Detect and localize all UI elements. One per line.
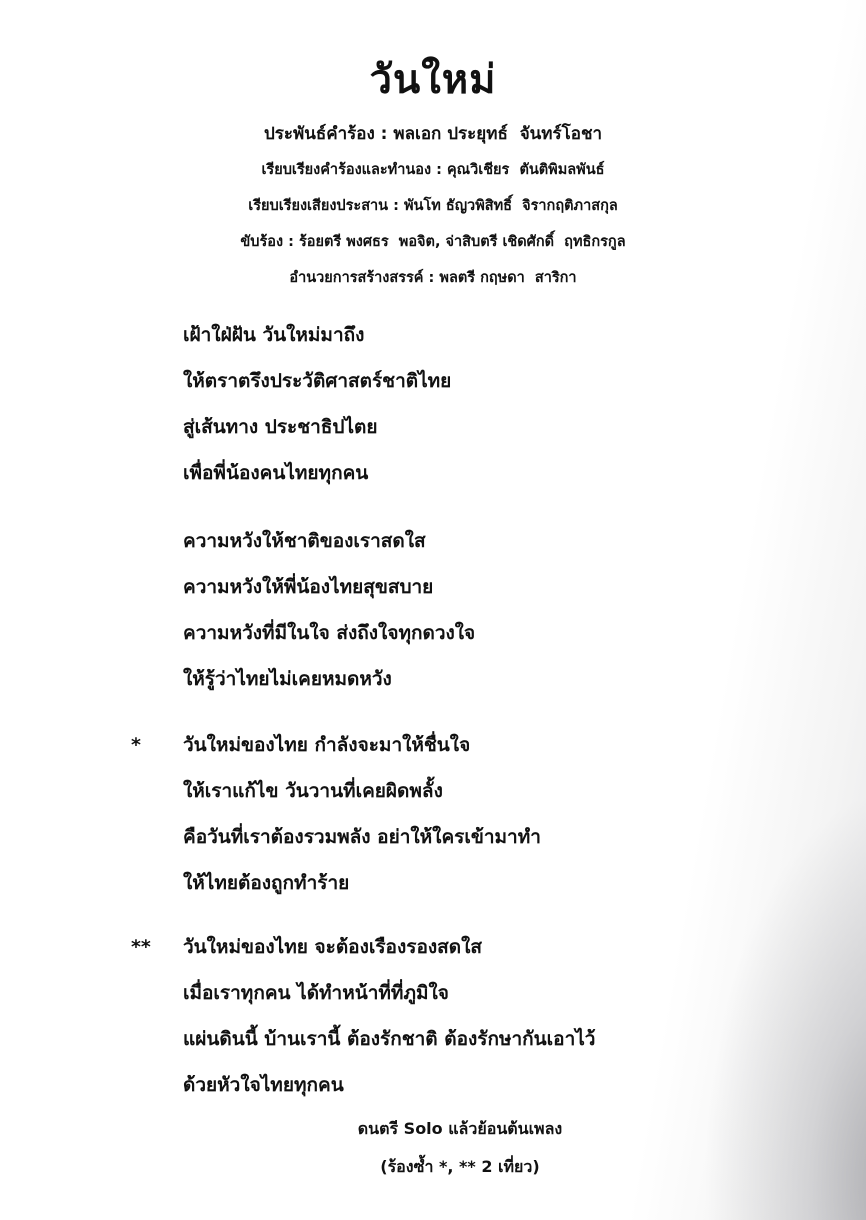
- verse-1: เฝ้าใฝ่ฝัน วันใหม่มาถึง ให้ตราตรึงประวัต…: [183, 312, 451, 496]
- credit-creative-director: อำนวยการสร้างสรรค์ : พลตรี กฤษดา สาริกา: [0, 260, 866, 296]
- lyric-line: เฝ้าใฝ่ฝัน วันใหม่มาถึง: [183, 312, 451, 358]
- verse-2: ความหวังให้ชาติของเราสดใส ความหวังให้พี่…: [183, 518, 475, 702]
- verse-4-chorus-b: ** วันใหม่ของไทย จะต้องเรืองรองสดใส เมื่…: [183, 924, 595, 1108]
- repeat-marker-single-star: *: [131, 722, 141, 768]
- credit-lyricist: ประพันธ์คำร้อง : พลเอก ประยุทธ์ จันทร์โอ…: [0, 118, 866, 150]
- lyric-line: ให้ตราตรึงประวัติศาสตร์ชาติไทย: [183, 358, 451, 404]
- verse-3-chorus-a: * วันใหม่ของไทย กำลังจะมาให้ชื่นใจ ให้เร…: [183, 722, 541, 906]
- credit-arranger-lyrics-melody: เรียบเรียงคำร้องและทำนอง : คุณวิเชียร ตั…: [0, 152, 866, 188]
- lyric-line: คือวันที่เราต้องรวมพลัง อย่าให้ใครเข้ามา…: [183, 814, 541, 860]
- lyric-line: ความหวังให้ชาติของเราสดใส: [183, 518, 475, 564]
- lyric-line: สู่เส้นทาง ประชาธิปไตย: [183, 404, 451, 450]
- song-title: วันใหม่: [0, 52, 866, 108]
- credit-singers: ขับร้อง : ร้อยตรี พงศธร พอจิต, จ่าสิบตรี…: [0, 224, 866, 260]
- lyric-line: ความหวังที่มีในใจ ส่งถึงใจทุกดวงใจ: [183, 610, 475, 656]
- lyric-line: ให้เราแก้ไข วันวานที่เคยผิดพลั้ง: [183, 768, 541, 814]
- performance-notes: ดนตรี Solo แล้วย้อนต้นเพลง (ร้องซ้ำ *, *…: [310, 1110, 610, 1186]
- credit-harmony-arranger: เรียบเรียงเสียงประสาน : พันโท ธัญวพิสิทธ…: [0, 188, 866, 224]
- lyric-line: แผ่นดินนี้ บ้านเรานี้ ต้องรักชาติ ต้องรั…: [183, 1016, 595, 1062]
- note-repeat: (ร้องซ้ำ *, ** 2 เที่ยว): [310, 1148, 610, 1186]
- lyric-line: ความหวังให้พี่น้องไทยสุขสบาย: [183, 564, 475, 610]
- lyric-line: เมื่อเราทุกคน ได้ทำหน้าที่ที่ภูมิใจ: [183, 970, 595, 1016]
- lyric-line: วันใหม่ของไทย กำลังจะมาให้ชื่นใจ: [183, 722, 541, 768]
- lyric-line: ให้ไทยต้องถูกทำร้าย: [183, 860, 541, 906]
- lyric-line: ให้รู้ว่าไทยไม่เคยหมดหวัง: [183, 656, 475, 702]
- repeat-marker-double-star: **: [131, 924, 151, 970]
- note-solo: ดนตรี Solo แล้วย้อนต้นเพลง: [310, 1110, 610, 1148]
- credits-block: ประพันธ์คำร้อง : พลเอก ประยุทธ์ จันทร์โอ…: [0, 118, 866, 296]
- lyric-line: ด้วยหัวใจไทยทุกคน: [183, 1062, 595, 1108]
- lyric-line: วันใหม่ของไทย จะต้องเรืองรองสดใส: [183, 924, 595, 970]
- lyric-line: เพื่อพี่น้องคนไทยทุกคน: [183, 450, 451, 496]
